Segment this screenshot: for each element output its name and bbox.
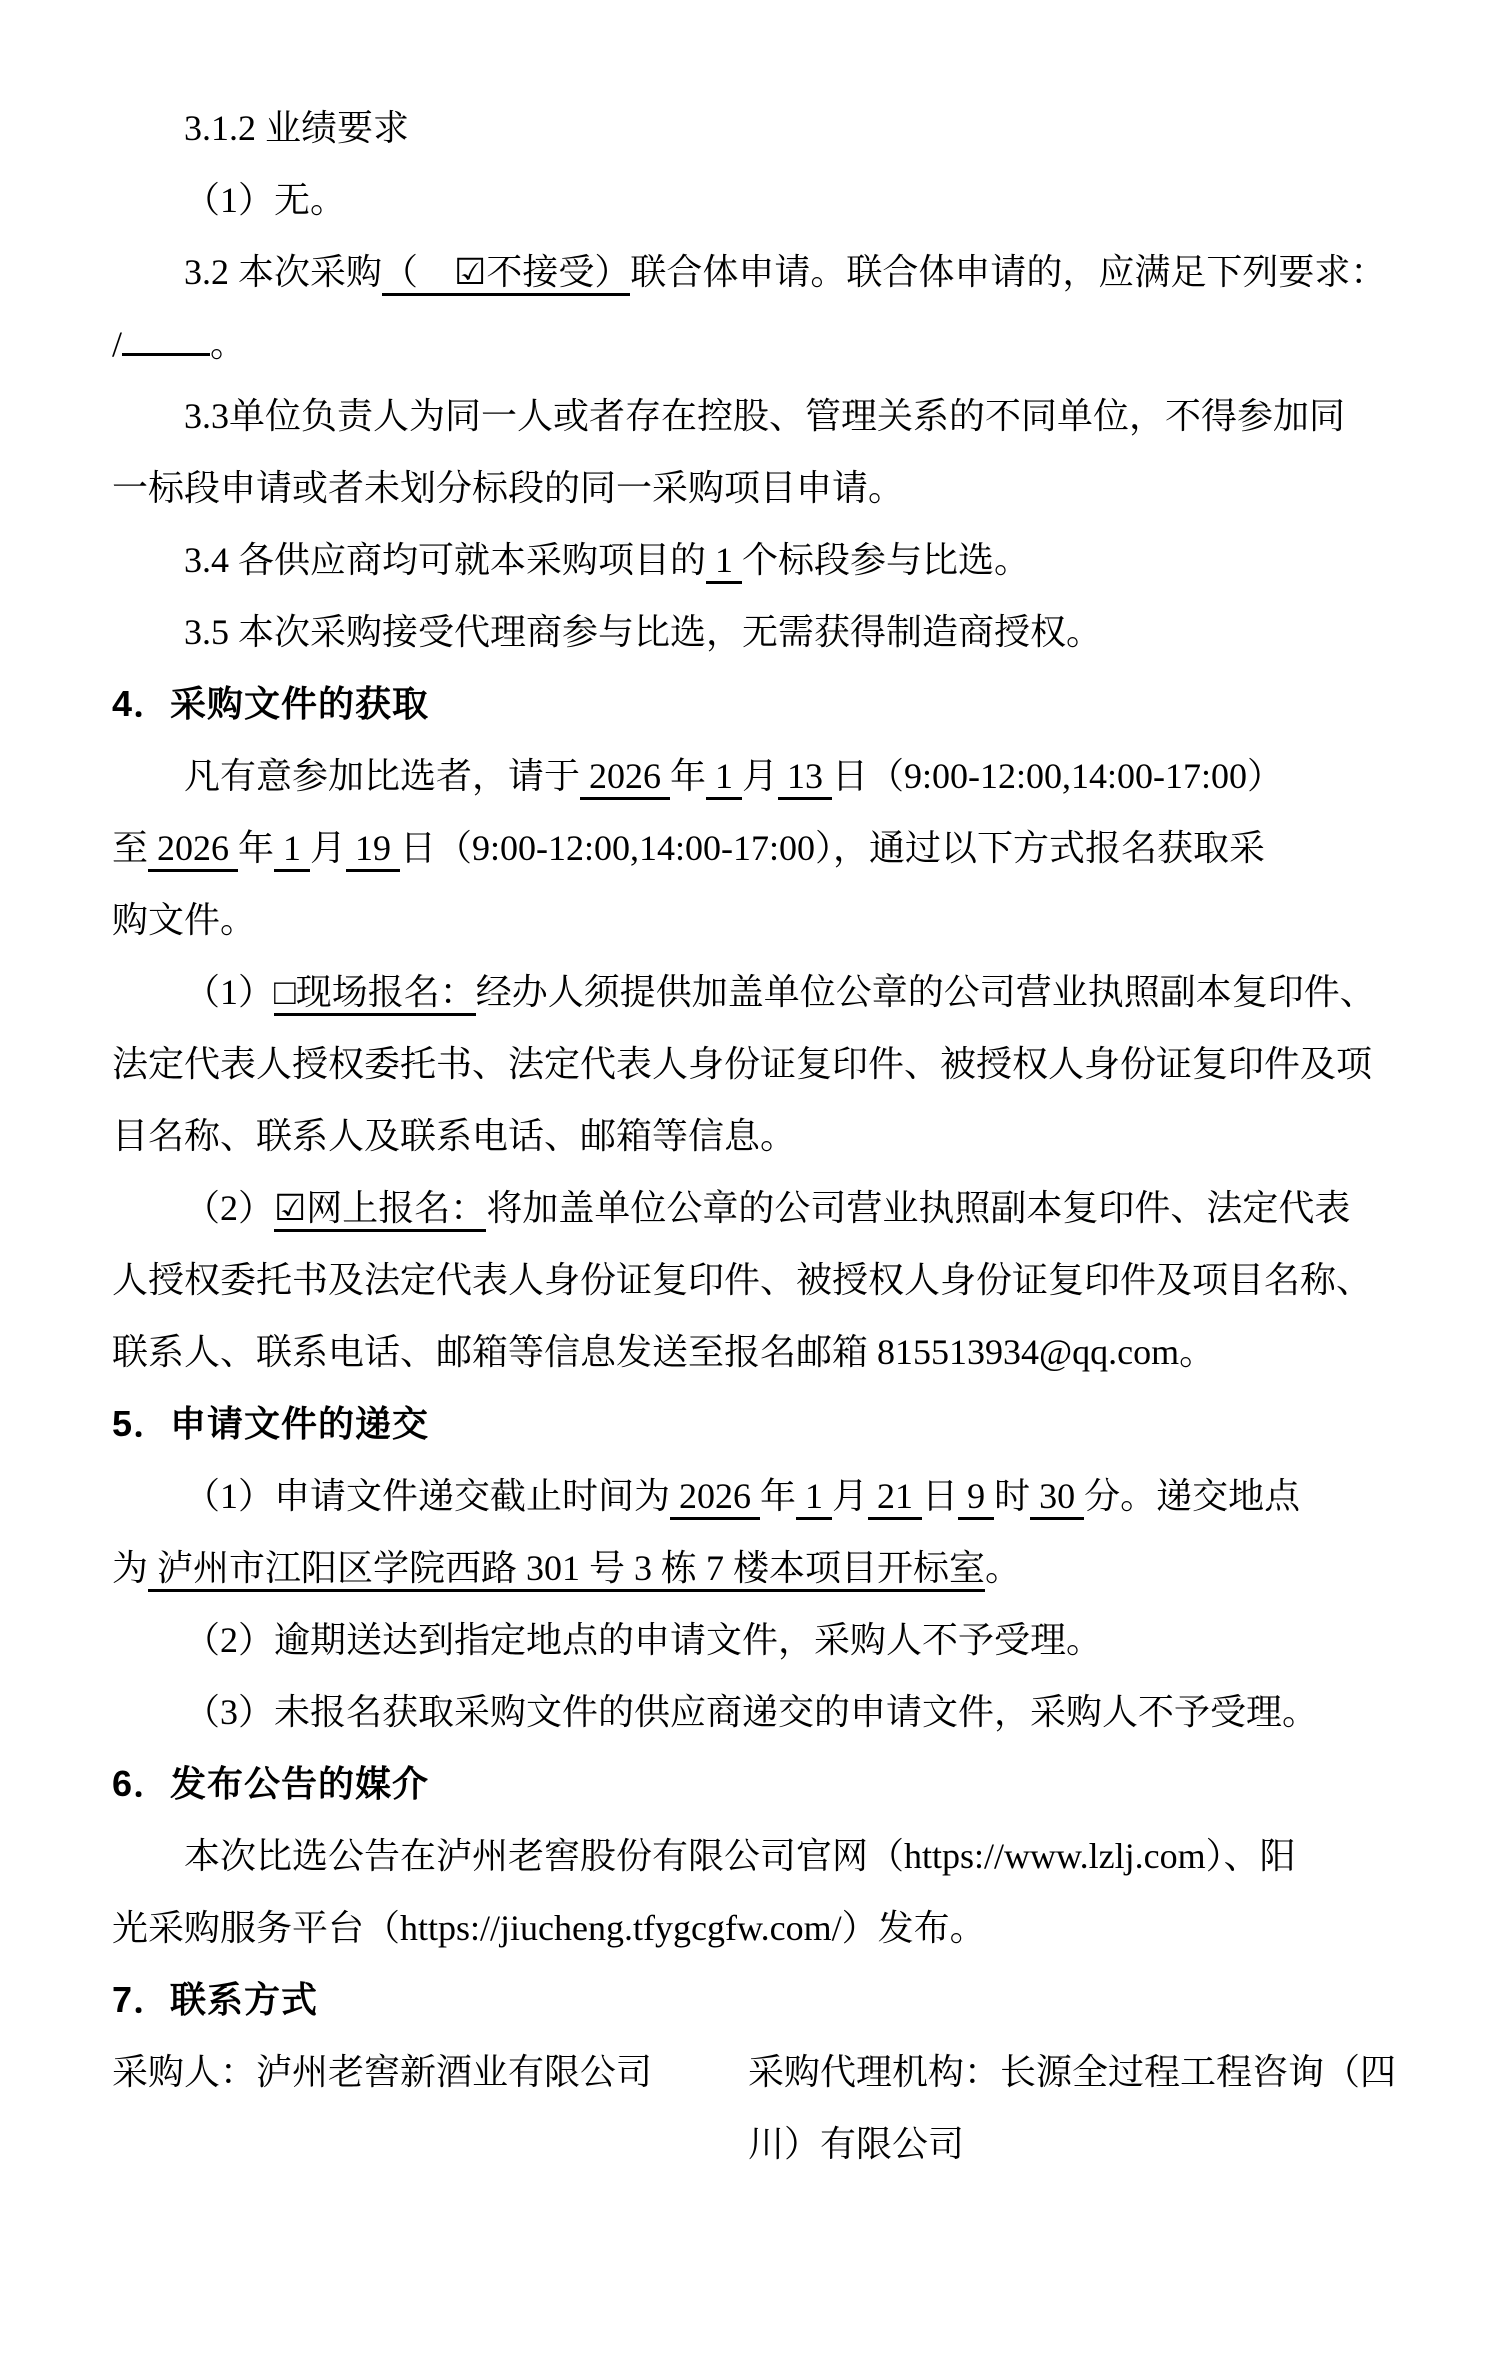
text-segment: （3）未报名获取采购文件的供应商递交的申请文件，采购人不予受理。	[184, 1692, 1318, 1732]
text-line: 5．申请文件的递交	[112, 1388, 1412, 1460]
text-segment: 30	[1030, 1476, 1084, 1520]
text-line: （1）无。	[112, 164, 1412, 236]
text-segment: 月	[832, 1476, 868, 1516]
text-segment: 1	[796, 1476, 832, 1520]
text-line: 一标段申请或者未划分标段的同一采购项目申请。	[112, 452, 1412, 524]
text-segment: 2026	[580, 756, 670, 800]
document-page: 3.1.2 业绩要求（1）无。3.2 本次采购（ ☑不接受）联合体申请。联合体申…	[0, 0, 1500, 2366]
text-line: （2）☑网上报名：将加盖单位公章的公司营业执照副本复印件、法定代表	[112, 1172, 1412, 1244]
text-segment: 至	[112, 828, 148, 868]
agency-name-continued: 川）有限公司	[748, 2124, 964, 2164]
text-segment: 分。递交地点	[1084, 1476, 1300, 1516]
section-heading-6: 6．发布公告的媒介	[112, 1763, 429, 1804]
checkbox-checked-icon: ☑	[274, 1188, 306, 1232]
text-segment: 。	[210, 324, 246, 364]
text-segment: 网上报名：	[306, 1188, 486, 1232]
text-segment: 泸州市江阳区学院西路 301 号 3 栋 7 楼本项目开标室	[148, 1548, 985, 1592]
text-segment: 13	[778, 756, 832, 800]
text-line: 购文件。	[112, 884, 1412, 956]
text-line: 3.4 各供应商均可就本采购项目的 1 个标段参与比选。	[112, 524, 1412, 596]
text-line: 3.3单位负责人为同一人或者存在控股、管理关系的不同单位，不得参加同	[112, 380, 1412, 452]
purchaser-name: 采购人：泸州老窖新酒业有限公司	[112, 2052, 652, 2092]
text-line: 3.2 本次采购（ ☑不接受）联合体申请。联合体申请的，应满足下列要求：	[112, 236, 1412, 308]
text-segment: 月	[310, 828, 346, 868]
section-heading-4: 4．采购文件的获取	[112, 683, 429, 724]
text-line: 本次比选公告在泸州老窖股份有限公司官网（https://www.lzlj.com…	[112, 1820, 1412, 1892]
text-segment: 联合体申请。联合体申请的，应满足下列要求：	[630, 252, 1386, 292]
text-segment: 现场报名：	[296, 972, 476, 1016]
text-segment: 法定代表人授权委托书、法定代表人身份证复印件、被授权人身份证复印件及项	[112, 1044, 1372, 1084]
text-segment: 本次比选公告在泸州老窖股份有限公司官网（https://www.lzlj.com…	[184, 1836, 1296, 1876]
section-heading-5: 5．申请文件的递交	[112, 1403, 429, 1444]
text-segment: 3.2 本次采购	[184, 252, 382, 292]
text-segment: 目名称、联系人及联系电话、邮箱等信息。	[112, 1116, 796, 1156]
text-segment: （1）无。	[184, 180, 346, 220]
text-segment: 个标段参与比选。	[742, 540, 1030, 580]
text-segment: （1）	[184, 972, 274, 1012]
text-segment: 21	[868, 1476, 922, 1520]
text-line: 人授权委托书及法定代表人身份证复印件、被授权人身份证复印件及项目名称、	[112, 1244, 1412, 1316]
blank-underline	[122, 352, 210, 356]
text-segment: 1	[706, 540, 742, 584]
text-segment: （2）逾期送达到指定地点的申请文件，采购人不予受理。	[184, 1620, 1102, 1660]
text-segment: 人授权委托书及法定代表人身份证复印件、被授权人身份证复印件及项目名称、	[112, 1260, 1372, 1300]
text-line: 凡有意参加比选者，请于 2026 年 1 月 13 日（9:00-12:00,1…	[112, 740, 1412, 812]
checkbox-unchecked-icon: □	[274, 972, 296, 1016]
text-line: 至 2026 年 1 月 19 日（9:00-12:00,14:00-17:00…	[112, 812, 1412, 884]
text-segment: 年	[238, 828, 274, 868]
text-segment: 3.1.2 业绩要求	[184, 108, 409, 148]
text-segment: 不接受）	[486, 252, 630, 296]
checkbox-checked-icon: ☑	[454, 252, 486, 296]
text-line: 联系人、联系电话、邮箱等信息发送至报名邮箱 815513934@qq.com。	[112, 1316, 1412, 1388]
text-line: 4．采购文件的获取	[112, 668, 1412, 740]
document-content: 3.1.2 业绩要求（1）无。3.2 本次采购（ ☑不接受）联合体申请。联合体申…	[0, 0, 1500, 2180]
text-line: 法定代表人授权委托书、法定代表人身份证复印件、被授权人身份证复印件及项	[112, 1028, 1412, 1100]
text-segment: 时	[994, 1476, 1030, 1516]
text-segment: 。	[985, 1548, 1021, 1588]
text-segment: 3.4 各供应商均可就本采购项目的	[184, 540, 706, 580]
text-segment: （1）申请文件递交截止时间为	[184, 1476, 670, 1516]
text-line: （3）未报名获取采购文件的供应商递交的申请文件，采购人不予受理。	[112, 1676, 1412, 1748]
text-segment: 联系人、联系电话、邮箱等信息发送至报名邮箱 815513934@qq.com。	[112, 1332, 1215, 1372]
text-line: 3.5 本次采购接受代理商参与比选，无需获得制造商授权。	[112, 596, 1412, 668]
text-segment: 光采购服务平台（https://jiucheng.tfygcgfw.com/）发…	[112, 1908, 986, 1948]
text-segment: 19	[346, 828, 400, 872]
text-line: 目名称、联系人及联系电话、邮箱等信息。	[112, 1100, 1412, 1172]
text-line: 6．发布公告的媒介	[112, 1748, 1412, 1820]
text-line: 采购人：泸州老窖新酒业有限公司采购代理机构：长源全过程工程咨询（四	[112, 2036, 1412, 2108]
text-line: /。	[112, 308, 1412, 380]
text-segment: 将加盖单位公章的公司营业执照副本复印件、法定代表	[486, 1188, 1350, 1228]
text-segment: 为	[112, 1548, 148, 1588]
text-segment: （2）	[184, 1188, 274, 1228]
text-line: 3.1.2 业绩要求	[112, 92, 1412, 164]
text-line: 7．联系方式	[112, 1964, 1412, 2036]
text-segment: /	[112, 324, 122, 364]
text-segment: 一标段申请或者未划分标段的同一采购项目申请。	[112, 468, 904, 508]
text-segment: 月	[742, 756, 778, 796]
text-line: 为 泸州市江阳区学院西路 301 号 3 栋 7 楼本项目开标室。	[112, 1532, 1412, 1604]
text-segment: 年	[670, 756, 706, 796]
section-heading-7: 7．联系方式	[112, 1979, 318, 2020]
text-segment: 1	[274, 828, 310, 872]
text-segment: 3.3单位负责人为同一人或者存在控股、管理关系的不同单位，不得参加同	[184, 396, 1345, 436]
text-segment: 日（9:00-12:00,14:00-17:00），通过以下方式报名获取采	[400, 828, 1265, 868]
text-line: 川）有限公司	[112, 2108, 1412, 2180]
text-segment: 9	[958, 1476, 994, 1520]
text-line: （1）申请文件递交截止时间为 2026 年 1 月 21 日 9 时 30 分。…	[112, 1460, 1412, 1532]
text-segment: 年	[760, 1476, 796, 1516]
text-line: 光采购服务平台（https://jiucheng.tfygcgfw.com/）发…	[112, 1892, 1412, 1964]
text-segment: 日	[922, 1476, 958, 1516]
text-segment: 2026	[148, 828, 238, 872]
text-segment: 凡有意参加比选者，请于	[184, 756, 580, 796]
text-segment: 日（9:00-12:00,14:00-17:00）	[832, 756, 1283, 796]
text-segment: 1	[706, 756, 742, 800]
text-segment: 购文件。	[112, 900, 256, 940]
text-line: （2）逾期送达到指定地点的申请文件，采购人不予受理。	[112, 1604, 1412, 1676]
text-segment: （	[382, 252, 454, 296]
text-segment: 3.5 本次采购接受代理商参与比选，无需获得制造商授权。	[184, 612, 1102, 652]
agency-name: 采购代理机构：长源全过程工程咨询（四	[748, 2036, 1396, 2108]
text-line: （1）□现场报名：经办人须提供加盖单位公章的公司营业执照副本复印件、	[112, 956, 1412, 1028]
text-segment: 经办人须提供加盖单位公章的公司营业执照副本复印件、	[476, 972, 1376, 1012]
text-segment: 2026	[670, 1476, 760, 1520]
